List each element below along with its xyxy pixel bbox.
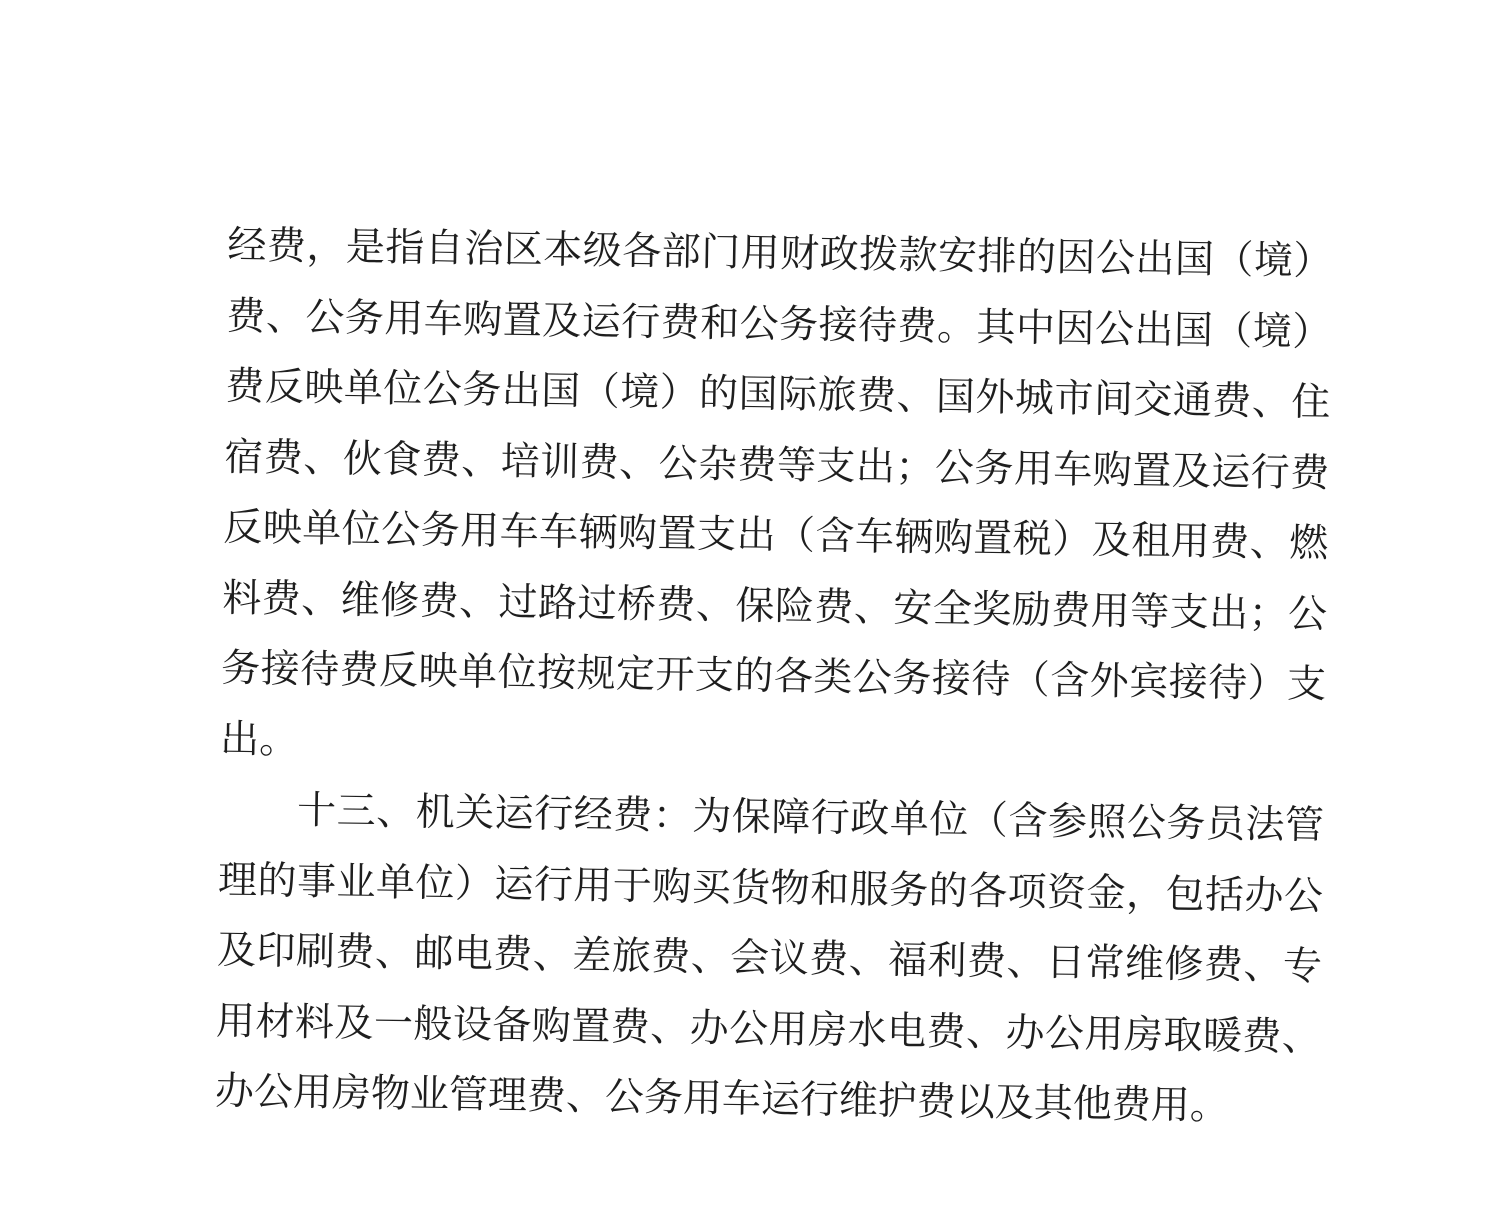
document-page: 经费，是指自治区本级各部门用财政拨款安排的因公出国（境） 费、公务用车购置及运行…	[0, 0, 1488, 1215]
document-text-block: 经费，是指自治区本级各部门用财政拨款安排的因公出国（境） 费、公务用车购置及运行…	[214, 211, 1332, 1144]
text-line: 办公用房物业管理费、公务用车运行维护费以及其他费用。	[214, 1057, 1320, 1144]
